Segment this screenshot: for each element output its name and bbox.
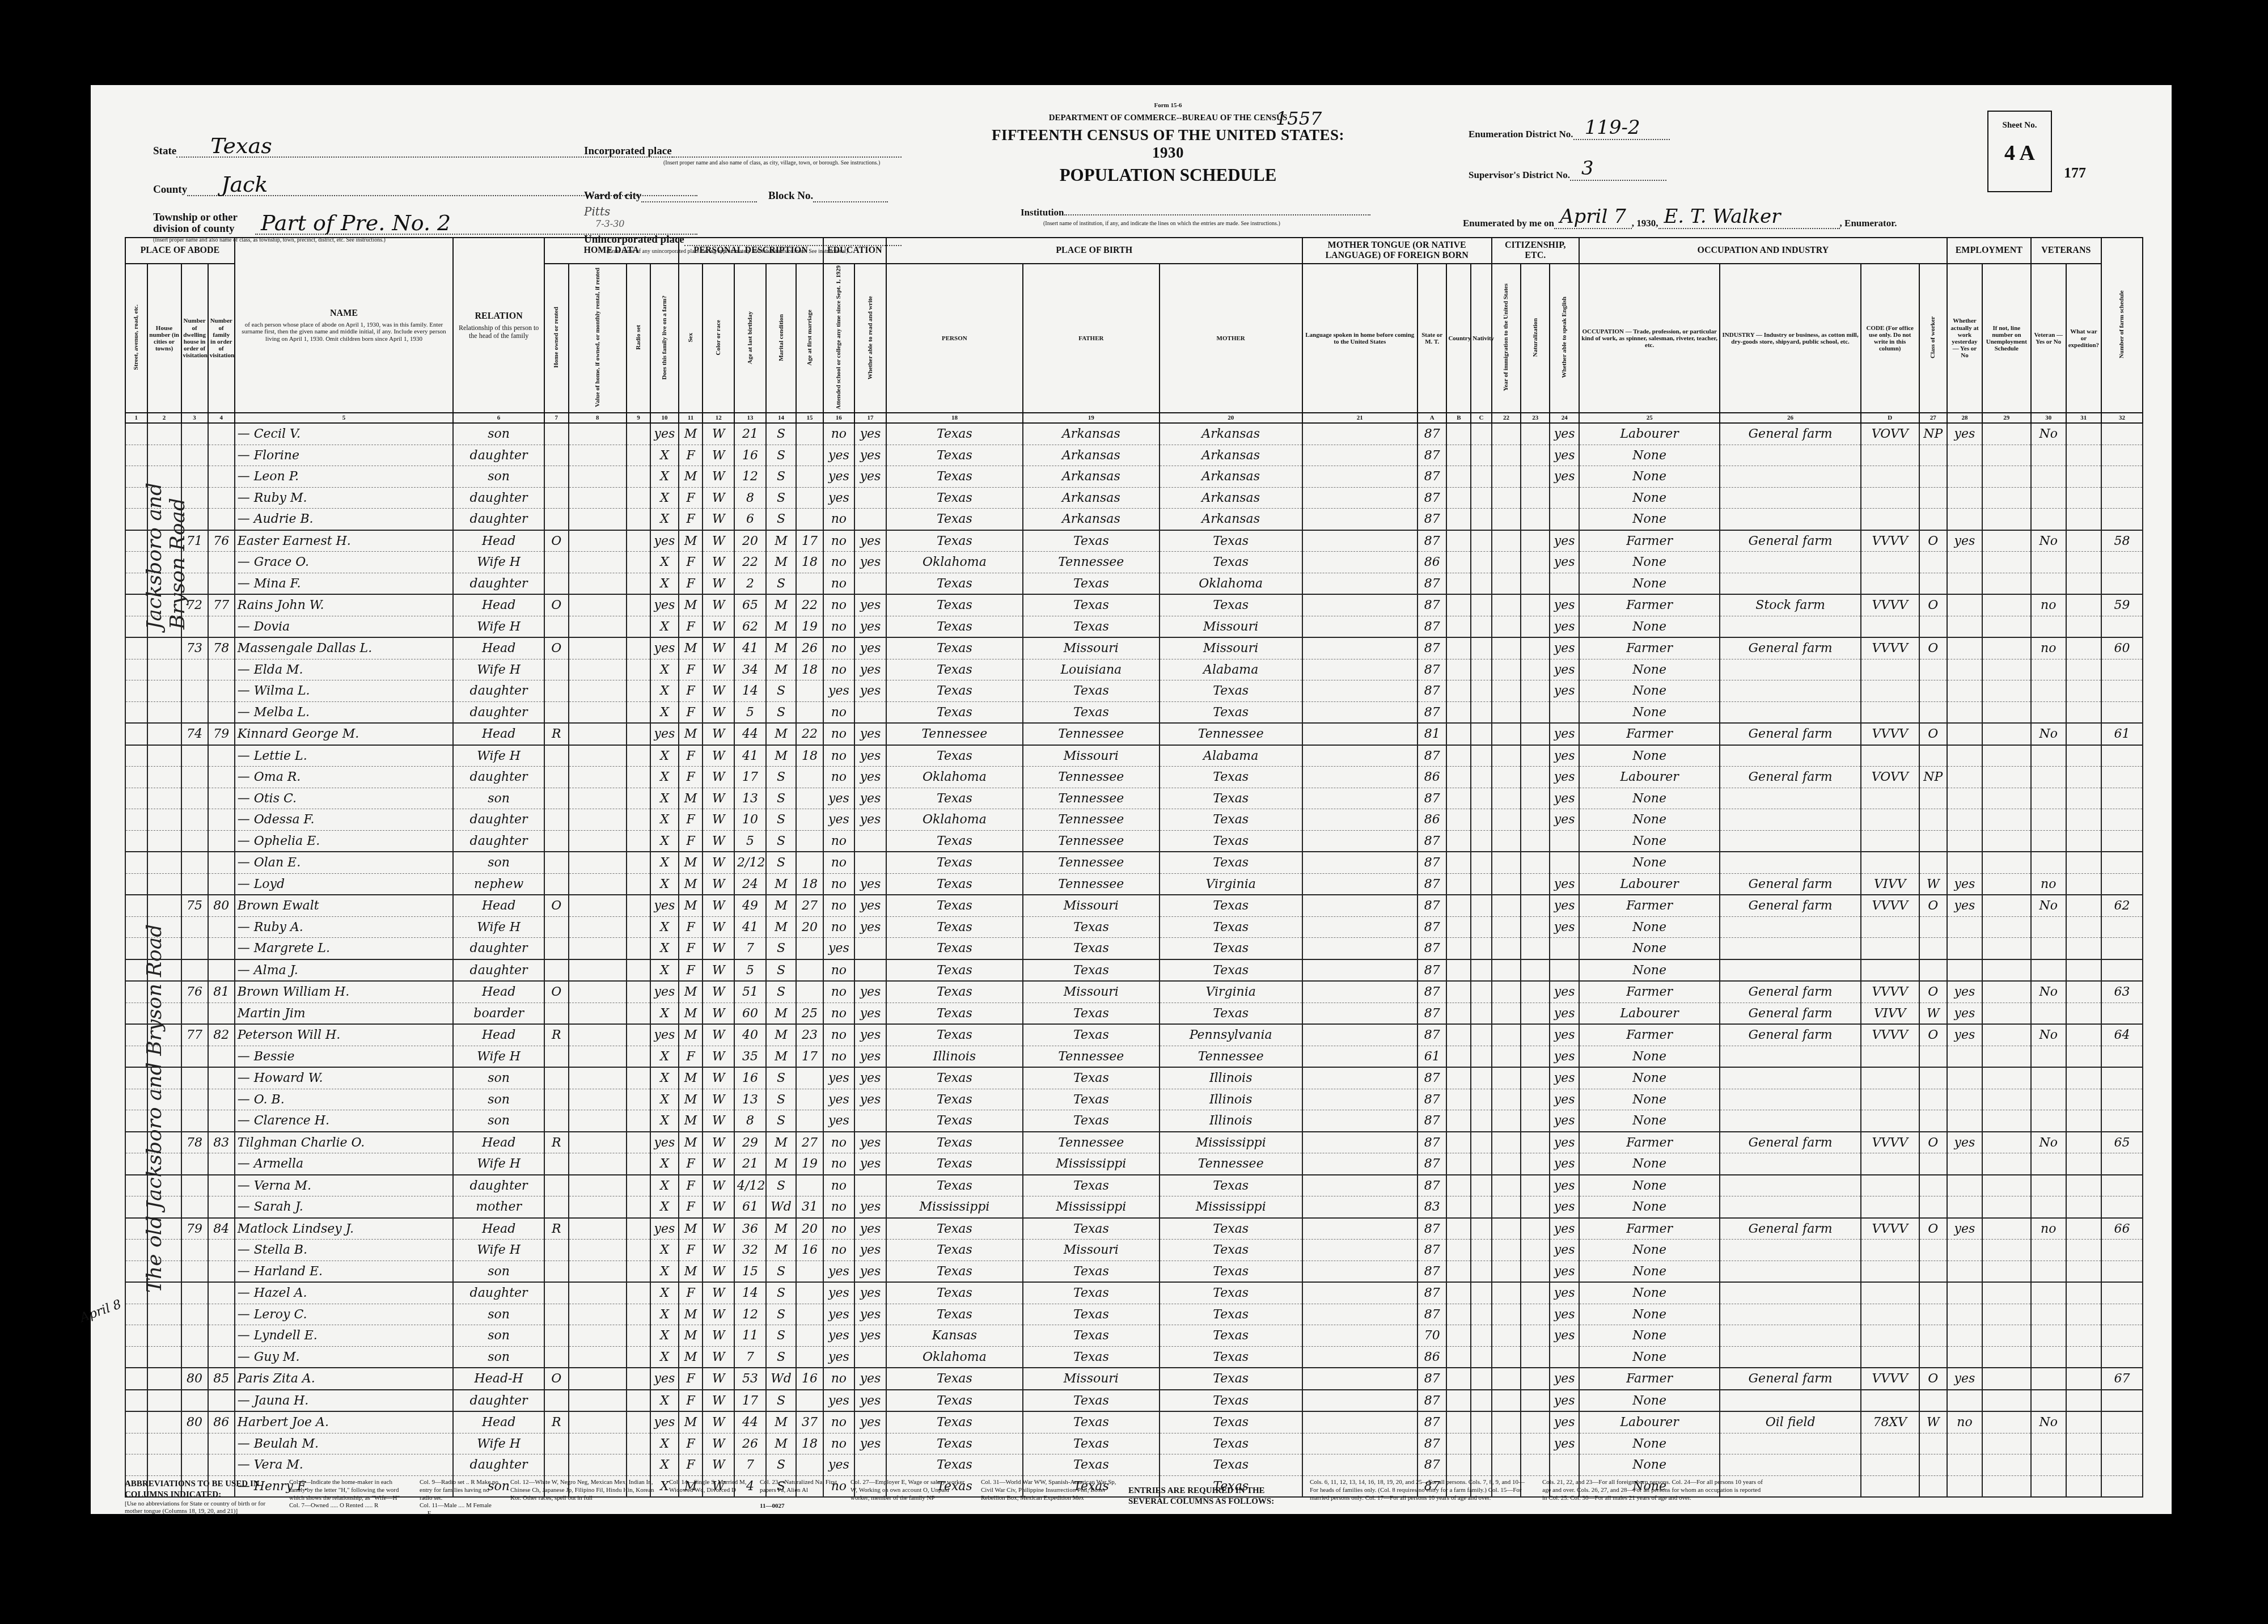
mother-tongue-cell xyxy=(1302,830,1417,852)
birthplace-father-cell: Tennessee xyxy=(1023,809,1160,831)
farm-schedule-cell xyxy=(2101,1454,2143,1476)
radio-cell xyxy=(627,423,651,445)
race-cell: W xyxy=(703,573,734,594)
marital-condition-cell: S xyxy=(766,1089,797,1110)
mother-tongue-cell xyxy=(1302,1346,1417,1368)
person-name-cell: Easter Earnest H. xyxy=(235,530,454,552)
code-state-cell: 87 xyxy=(1417,573,1446,594)
census-row: 7277Rains John W.HeadOyesMW65M22noyesTex… xyxy=(125,594,2143,616)
occupation-code-cell xyxy=(1861,1325,1919,1347)
occupation-cell: None xyxy=(1579,680,1720,702)
age-first-marriage-cell xyxy=(796,1346,823,1368)
veteran-cell xyxy=(2031,938,2066,959)
entries-required-1: Cols. 6, 11, 12, 13, 14, 16, 18, 19, 20,… xyxy=(1310,1479,1531,1513)
code-country-cell xyxy=(1446,1240,1471,1261)
farm-schedule-cell: 62 xyxy=(2101,895,2143,916)
at-work-cell: yes xyxy=(1947,873,1982,895)
dwelling-number-cell xyxy=(181,959,208,982)
speak-english-cell: yes xyxy=(1550,1433,1579,1454)
unemployment-line-cell xyxy=(1982,1196,2031,1218)
age-cell: 20 xyxy=(734,530,766,552)
class-of-worker-cell xyxy=(1919,659,1947,680)
code-state-cell: 81 xyxy=(1417,723,1446,745)
code-state-cell: 87 xyxy=(1417,1110,1446,1132)
farm-schedule-cell xyxy=(2101,1261,2143,1282)
mother-tongue-cell xyxy=(1302,1218,1417,1240)
unemployment-line-cell xyxy=(1982,788,2031,809)
birthplace-father-cell: Texas xyxy=(1023,1218,1160,1240)
race-cell: W xyxy=(703,659,734,680)
read-write-cell: yes xyxy=(854,1261,886,1282)
person-name-cell: — Audrie B. xyxy=(235,509,454,530)
code-country-cell xyxy=(1446,1024,1471,1046)
home-owned-cell xyxy=(544,1261,569,1282)
mother-tongue-cell xyxy=(1302,745,1417,767)
person-name-cell: Tilghman Charlie O. xyxy=(235,1132,454,1153)
birthplace-mother-cell: Tennessee xyxy=(1160,1153,1302,1175)
speak-english-cell xyxy=(1550,959,1579,982)
age-first-marriage-cell: 19 xyxy=(796,1153,823,1175)
column-number: 12 xyxy=(703,413,734,423)
header-farm: Does this family live on a farm? xyxy=(650,264,678,413)
dwelling-number-cell: 73 xyxy=(181,637,208,659)
family-number-cell xyxy=(208,1282,235,1304)
class-of-worker-cell xyxy=(1919,1282,1947,1304)
sex-cell: M xyxy=(679,1132,703,1153)
mother-tongue-cell xyxy=(1302,895,1417,916)
industry-cell xyxy=(1720,487,1860,509)
code-nativity-cell xyxy=(1471,616,1491,637)
birthplace-father-cell: Missouri xyxy=(1023,895,1160,916)
birthplace-person-cell: Texas xyxy=(886,788,1023,809)
farm-schedule-cell xyxy=(2101,1046,2143,1067)
occupation-code-cell xyxy=(1861,680,1919,702)
sex-cell: M xyxy=(679,594,703,616)
person-name-cell: — O. B. xyxy=(235,1089,454,1110)
veteran-cell xyxy=(2031,1261,2066,1282)
dwelling-number-cell xyxy=(181,1003,208,1024)
age-first-marriage-cell xyxy=(796,1067,823,1089)
naturalization-cell xyxy=(1521,594,1550,616)
home-owned-cell xyxy=(544,938,569,959)
farm-schedule-cell xyxy=(2101,1433,2143,1454)
immigration-year-cell xyxy=(1492,895,1521,916)
dwelling-number-cell xyxy=(181,830,208,852)
mother-tongue-cell xyxy=(1302,445,1417,466)
col12-note: Col. 12—White W, Negro Neg, Mexican Mex,… xyxy=(510,1479,658,1513)
occupation-code-cell xyxy=(1861,788,1919,809)
race-cell: W xyxy=(703,530,734,552)
home-value-cell xyxy=(569,788,627,809)
dwelling-number-cell xyxy=(181,1153,208,1175)
farm-schedule-cell xyxy=(2101,745,2143,767)
birthplace-mother-cell: Tennessee xyxy=(1160,723,1302,745)
immigration-year-cell xyxy=(1492,767,1521,788)
incorporated-label: Incorporated place xyxy=(584,145,672,158)
sex-cell: F xyxy=(679,487,703,509)
house-cell-cell xyxy=(147,1411,181,1433)
at-work-cell xyxy=(1947,767,1982,788)
age-first-marriage-cell xyxy=(796,1261,823,1282)
age-cell: 12 xyxy=(734,466,766,488)
birthplace-person-cell: Texas xyxy=(886,959,1023,982)
home-owned-cell: R xyxy=(544,1132,569,1153)
birthplace-father-cell: Texas xyxy=(1023,1390,1160,1412)
class-of-worker-cell xyxy=(1919,1175,1947,1196)
speak-english-cell: yes xyxy=(1550,1067,1579,1089)
age-first-marriage-cell: 27 xyxy=(796,895,823,916)
attended-school-cell: yes xyxy=(823,466,855,488)
radio-cell xyxy=(627,1261,651,1282)
speak-english-cell xyxy=(1550,487,1579,509)
farm-schedule-cell xyxy=(2101,938,2143,959)
occupation-cell: None xyxy=(1579,573,1720,594)
mother-tongue-cell xyxy=(1302,1304,1417,1325)
code-nativity-cell xyxy=(1471,1433,1491,1454)
age-first-marriage-cell: 20 xyxy=(796,916,823,938)
marital-condition-cell: M xyxy=(766,659,797,680)
birthplace-mother-cell: Texas xyxy=(1160,1304,1302,1325)
veteran-cell: no xyxy=(2031,637,2066,659)
race-cell: W xyxy=(703,1110,734,1132)
radio-cell xyxy=(627,852,651,873)
birthplace-person-cell: Texas xyxy=(886,1067,1023,1089)
immigration-year-cell xyxy=(1492,701,1521,723)
immigration-year-cell xyxy=(1492,873,1521,895)
unemployment-line-cell xyxy=(1982,1411,2031,1433)
family-number-cell xyxy=(208,767,235,788)
mother-tongue-cell xyxy=(1302,680,1417,702)
occupation-code-cell: VVVV xyxy=(1861,530,1919,552)
speak-english-cell: yes xyxy=(1550,895,1579,916)
immigration-year-cell xyxy=(1492,788,1521,809)
sex-cell: M xyxy=(679,1411,703,1433)
race-cell: W xyxy=(703,1240,734,1261)
birthplace-mother-cell: Texas xyxy=(1160,1240,1302,1261)
home-owned-cell xyxy=(544,552,569,573)
immigration-year-cell xyxy=(1492,594,1521,616)
occupation-cell: Farmer xyxy=(1579,1368,1720,1390)
industry-cell xyxy=(1720,1282,1860,1304)
family-number-cell xyxy=(208,616,235,637)
family-number-cell xyxy=(208,1390,235,1412)
class-of-worker-cell xyxy=(1919,1110,1947,1132)
sex-cell: F xyxy=(679,767,703,788)
header-race: Color or race xyxy=(703,264,734,413)
war-cell xyxy=(2066,830,2101,852)
birthplace-mother-cell: Texas xyxy=(1160,1282,1302,1304)
veteran-cell: No xyxy=(2031,723,2066,745)
farm-cell: X xyxy=(650,938,678,959)
birthplace-person-cell: Oklahoma xyxy=(886,809,1023,831)
column-number: 31 xyxy=(2066,413,2101,423)
read-write-cell: yes xyxy=(854,1433,886,1454)
occupation-code-cell xyxy=(1861,1196,1919,1218)
group-mother-tongue: MOTHER TONGUE (OR NATIVE LANGUAGE) OF FO… xyxy=(1302,238,1492,264)
naturalization-cell xyxy=(1521,788,1550,809)
relation-cell: Head xyxy=(453,1411,544,1433)
enumerator-name: E. T. Walker xyxy=(1658,205,1840,229)
occupation-cell: None xyxy=(1579,745,1720,767)
mother-tongue-cell xyxy=(1302,1454,1417,1476)
war-cell xyxy=(2066,1153,2101,1175)
marital-condition-cell: S xyxy=(766,830,797,852)
family-number-cell xyxy=(208,1067,235,1089)
age-first-marriage-cell xyxy=(796,981,823,1003)
census-row: — Howard W.sonXMW16SyesyesTexasTexasIlli… xyxy=(125,1067,2143,1089)
speak-english-cell: yes xyxy=(1550,723,1579,745)
age-cell: 22 xyxy=(734,552,766,573)
sex-cell: F xyxy=(679,659,703,680)
occupation-cell: Farmer xyxy=(1579,1218,1720,1240)
home-value-cell xyxy=(569,1454,627,1476)
occupation-cell: None xyxy=(1579,830,1720,852)
header-industry: INDUSTRY — Industry or business, as cott… xyxy=(1720,264,1860,413)
occupation-cell: None xyxy=(1579,809,1720,831)
col31-note: Col. 31—World War WW, Spanish-American W… xyxy=(981,1479,1117,1513)
at-work-cell xyxy=(1947,1454,1982,1476)
code-state-cell: 87 xyxy=(1417,1454,1446,1476)
code-state-cell: 87 xyxy=(1417,616,1446,637)
radio-cell xyxy=(627,573,651,594)
group-education: EDUCATION xyxy=(823,238,886,264)
industry-cell: General farm xyxy=(1720,423,1860,445)
birthplace-person-cell: Texas xyxy=(886,1175,1023,1196)
occupation-code-cell: VVVV xyxy=(1861,981,1919,1003)
birthplace-father-cell: Texas xyxy=(1023,1067,1160,1089)
age-first-marriage-cell xyxy=(796,1282,823,1304)
war-cell xyxy=(2066,981,2101,1003)
at-work-cell xyxy=(1947,552,1982,573)
relation-cell: Head xyxy=(453,637,544,659)
naturalization-cell xyxy=(1521,1368,1550,1390)
sex-cell: F xyxy=(679,1454,703,1476)
column-number: 22 xyxy=(1492,413,1521,423)
birthplace-person-cell: Texas xyxy=(886,680,1023,702)
birthplace-father-cell: Tennessee xyxy=(1023,767,1160,788)
sex-cell: M xyxy=(679,1304,703,1325)
sex-cell: F xyxy=(679,1046,703,1067)
home-owned-cell xyxy=(544,809,569,831)
birthplace-father-cell: Texas xyxy=(1023,1433,1160,1454)
veteran-cell xyxy=(2031,959,2066,982)
mother-tongue-cell xyxy=(1302,852,1417,873)
radio-cell xyxy=(627,1218,651,1240)
occupation-cell: None xyxy=(1579,1067,1720,1089)
birthplace-father-cell: Texas xyxy=(1023,1282,1160,1304)
farm-schedule-cell: 61 xyxy=(2101,723,2143,745)
unemployment-line-cell xyxy=(1982,895,2031,916)
naturalization-cell xyxy=(1521,959,1550,982)
marital-condition-cell: S xyxy=(766,1110,797,1132)
home-value-cell xyxy=(569,594,627,616)
header-at-work: Whether actually at work yesterday — Yes… xyxy=(1947,264,1982,413)
dwelling-number-cell xyxy=(181,1346,208,1368)
race-cell: W xyxy=(703,1218,734,1240)
code-nativity-cell xyxy=(1471,938,1491,959)
at-work-cell: no xyxy=(1947,1411,1982,1433)
war-cell xyxy=(2066,552,2101,573)
column-number-row: 123456789101112131415161718192021ABC2223… xyxy=(125,413,2143,423)
column-number: 6 xyxy=(453,413,544,423)
marital-condition-cell: S xyxy=(766,1325,797,1347)
read-write-cell: yes xyxy=(854,530,886,552)
person-name-cell: — Lettie L. xyxy=(235,745,454,767)
age-first-marriage-cell xyxy=(796,809,823,831)
marital-condition-cell: M xyxy=(766,1153,797,1175)
veteran-cell xyxy=(2031,1046,2066,1067)
race-cell: W xyxy=(703,745,734,767)
race-cell: W xyxy=(703,959,734,982)
relation-cell: mother xyxy=(453,1196,544,1218)
occupation-cell: Farmer xyxy=(1579,1132,1720,1153)
age-cell: 13 xyxy=(734,788,766,809)
farm-cell: yes xyxy=(650,530,678,552)
code-state-cell: 86 xyxy=(1417,552,1446,573)
immigration-year-cell xyxy=(1492,637,1521,659)
immigration-year-cell xyxy=(1492,1411,1521,1433)
class-of-worker-cell: NP xyxy=(1919,767,1947,788)
unemployment-line-cell xyxy=(1982,723,2031,745)
age-cell: 15 xyxy=(734,1261,766,1282)
code-nativity-cell xyxy=(1471,573,1491,594)
person-name-cell: — Olan E. xyxy=(235,852,454,873)
birthplace-father-cell: Texas xyxy=(1023,1411,1160,1433)
speak-english-cell xyxy=(1550,830,1579,852)
read-write-cell xyxy=(854,938,886,959)
war-cell xyxy=(2066,1132,2101,1153)
race-cell: W xyxy=(703,1261,734,1282)
age-first-marriage-cell: 17 xyxy=(796,1046,823,1067)
home-value-cell xyxy=(569,1218,627,1240)
home-value-cell xyxy=(569,1089,627,1110)
immigration-year-cell xyxy=(1492,1218,1521,1240)
naturalization-cell xyxy=(1521,1067,1550,1089)
code-state-cell: 87 xyxy=(1417,1153,1446,1175)
age-cell: 61 xyxy=(734,1196,766,1218)
census-row: — Harland E.sonXMW15SyesyesTexasTexasTex… xyxy=(125,1261,2143,1282)
home-owned-cell xyxy=(544,1304,569,1325)
industry-cell xyxy=(1720,659,1860,680)
marital-condition-cell: M xyxy=(766,616,797,637)
occupation-code-cell xyxy=(1861,809,1919,831)
farm-schedule-cell: 59 xyxy=(2101,594,2143,616)
veteran-cell xyxy=(2031,1304,2066,1325)
veteran-cell xyxy=(2031,916,2066,938)
age-first-marriage-cell xyxy=(796,701,823,723)
dwelling-number-cell xyxy=(181,659,208,680)
home-value-cell xyxy=(569,981,627,1003)
home-value-cell xyxy=(569,767,627,788)
immigration-year-cell xyxy=(1492,1089,1521,1110)
immigration-year-cell xyxy=(1492,1067,1521,1089)
block-label: Block No. xyxy=(768,190,813,202)
occupation-cell: Farmer xyxy=(1579,723,1720,745)
birthplace-father-cell: Louisiana xyxy=(1023,659,1160,680)
code-country-cell xyxy=(1446,938,1471,959)
home-owned-cell xyxy=(544,1346,569,1368)
handwritten-stamp: 1557 xyxy=(1276,108,1322,129)
footer-instructions: ABBREVIATIONS TO BE USED IN COLUMNS INDI… xyxy=(125,1479,2143,1513)
industry-cell xyxy=(1720,509,1860,530)
industry-cell: General farm xyxy=(1720,1218,1860,1240)
header-family-number: Number of family in order of visitation xyxy=(208,264,235,413)
header-school: Attended school or college any time sinc… xyxy=(823,264,855,413)
immigration-year-cell xyxy=(1492,445,1521,466)
occupation-code-cell xyxy=(1861,509,1919,530)
radio-cell xyxy=(627,1304,651,1325)
war-cell xyxy=(2066,445,2101,466)
occupation-code-cell: VIVV xyxy=(1861,1003,1919,1024)
at-work-cell: yes xyxy=(1947,981,1982,1003)
farm-cell: X xyxy=(650,701,678,723)
naturalization-cell xyxy=(1521,701,1550,723)
age-cell: 6 xyxy=(734,509,766,530)
sheet-value: 4 A xyxy=(1988,141,2051,166)
sex-cell: M xyxy=(679,1089,703,1110)
immigration-year-cell xyxy=(1492,423,1521,445)
birthplace-father-cell: Arkansas xyxy=(1023,509,1160,530)
code-nativity-cell xyxy=(1471,445,1491,466)
birthplace-person-cell: Texas xyxy=(886,1261,1023,1282)
class-of-worker-cell: O xyxy=(1919,895,1947,916)
speak-english-cell xyxy=(1550,938,1579,959)
at-work-cell xyxy=(1947,466,1982,488)
age-first-marriage-cell: 17 xyxy=(796,530,823,552)
radio-cell xyxy=(627,938,651,959)
sex-cell: F xyxy=(679,1153,703,1175)
header-marital: Marital condition xyxy=(766,264,797,413)
header-immigration-year: Year of immigration to the United States xyxy=(1492,264,1521,413)
home-owned-cell xyxy=(544,788,569,809)
at-work-cell: yes xyxy=(1947,530,1982,552)
war-cell xyxy=(2066,1089,2101,1110)
birthplace-father-cell: Texas xyxy=(1023,1261,1160,1282)
age-cell: 60 xyxy=(734,1003,766,1024)
birthplace-mother-cell: Texas xyxy=(1160,1346,1302,1368)
race-cell: W xyxy=(703,466,734,488)
unemployment-line-cell xyxy=(1982,1003,2031,1024)
read-write-cell: yes xyxy=(854,594,886,616)
speak-english-cell xyxy=(1550,701,1579,723)
class-of-worker-cell xyxy=(1919,809,1947,831)
war-cell xyxy=(2066,873,2101,895)
marital-condition-cell: S xyxy=(766,487,797,509)
naturalization-cell xyxy=(1521,767,1550,788)
mother-tongue-cell xyxy=(1302,1175,1417,1196)
birthplace-mother-cell: Texas xyxy=(1160,680,1302,702)
sex-cell: M xyxy=(679,1346,703,1368)
code-nativity-cell xyxy=(1471,1368,1491,1390)
header-birth-mother: MOTHER xyxy=(1160,264,1302,413)
at-work-cell xyxy=(1947,830,1982,852)
code-nativity-cell xyxy=(1471,1110,1491,1132)
read-write-cell: yes xyxy=(854,423,886,445)
industry-cell xyxy=(1720,1454,1860,1476)
radio-cell xyxy=(627,466,651,488)
class-of-worker-cell xyxy=(1919,1089,1947,1110)
census-row: — ArmellaWife HXFW21M19noyesTexasMississ… xyxy=(125,1153,2143,1175)
relation-cell: son xyxy=(453,423,544,445)
marital-condition-cell: M xyxy=(766,637,797,659)
at-work-cell: yes xyxy=(1947,423,1982,445)
column-number: 23 xyxy=(1521,413,1550,423)
race-cell: W xyxy=(703,423,734,445)
immigration-year-cell xyxy=(1492,723,1521,745)
relation-cell: daughter xyxy=(453,1175,544,1196)
person-name-cell: — Stella B. xyxy=(235,1240,454,1261)
farm-cell: yes xyxy=(650,1368,678,1390)
